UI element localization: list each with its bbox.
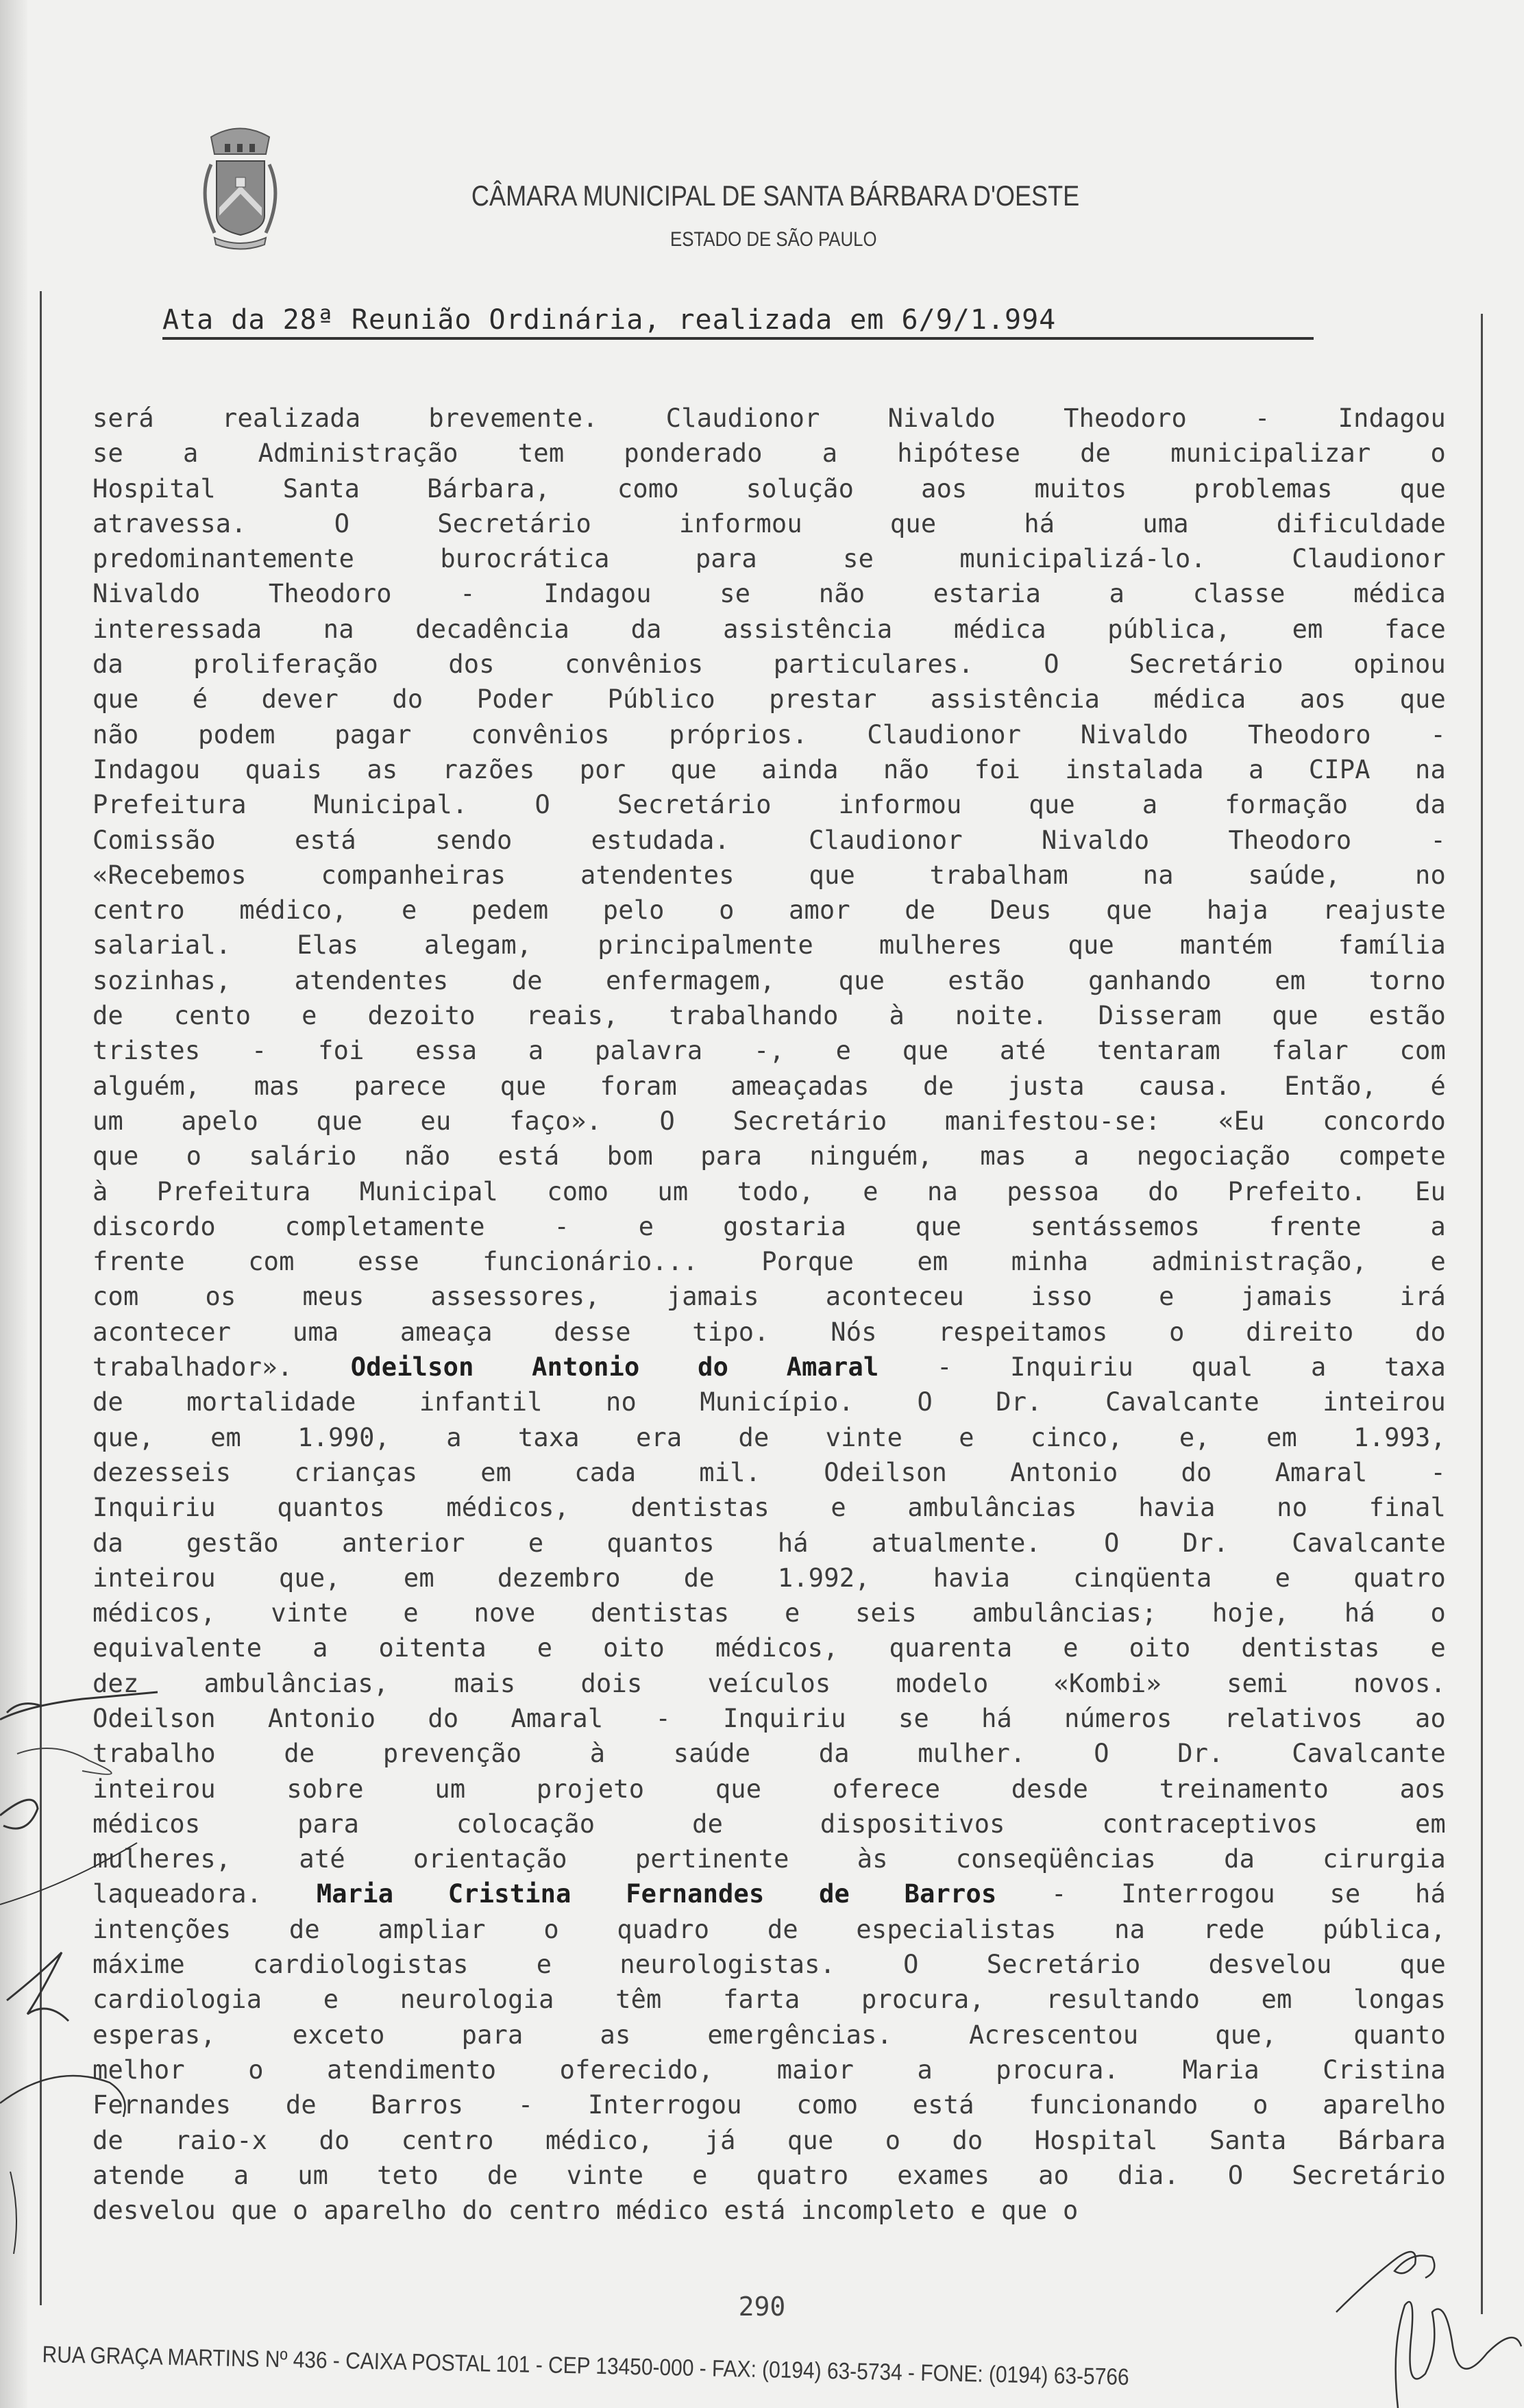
footer-address: RUA GRAÇA MARTINS Nº 436 - CAIXA POSTAL … xyxy=(42,2342,1129,2391)
minutes-line: tristes - foi essa a palavra -, e que at… xyxy=(93,1033,1446,1068)
minutes-line: dezesseis crianças em cada mil. Odeilson… xyxy=(93,1455,1446,1490)
minutes-line: será realizada brevemente. Claudionor Ni… xyxy=(93,401,1446,436)
minutes-line: Comissão está sendo estudada. Claudionor… xyxy=(93,823,1446,858)
minutes-line: se a Administração tem ponderado a hipót… xyxy=(93,436,1446,471)
minutes-line: intenções de ampliar o quadro de especia… xyxy=(93,1912,1446,1947)
minutes-line: Odeilson Antonio do Amaral - Inquiriu se… xyxy=(93,1701,1446,1736)
minutes-line: Fernandes de Barros - Interrogou como es… xyxy=(93,2087,1446,2122)
minutes-line: um apelo que eu faço». O Secretário mani… xyxy=(93,1104,1446,1139)
minutes-line: médicos, vinte e nove dentistas e seis a… xyxy=(93,1596,1446,1630)
minutes-line: à Prefeitura Municipal como um todo, e n… xyxy=(93,1174,1446,1209)
minutes-line: interessada na decadência da assistência… xyxy=(93,612,1446,647)
institution-name: CÂMARA MUNICIPAL DE SANTA BÁRBARA D'OEST… xyxy=(120,179,1431,212)
minutes-line: que, em 1.990, a taxa era de vinte e cin… xyxy=(93,1420,1446,1455)
minutes-line: acontecer uma ameaça desse tipo. Nós res… xyxy=(93,1315,1446,1350)
minutes-line: centro médico, e pedem pelo o amor de De… xyxy=(93,893,1446,928)
minutes-line: dez ambulâncias, mais dois veículos mode… xyxy=(93,1666,1446,1701)
document-title: Ata da 28ª Reunião Ordinária, realizada … xyxy=(162,304,1314,340)
minutes-line: trabalhador». Odeilson Antonio do Amaral… xyxy=(93,1350,1446,1385)
minutes-line: laqueadora. Maria Cristina Fernandes de … xyxy=(93,1876,1446,1911)
minutes-line: discordo completamente - e gostaria que … xyxy=(93,1209,1446,1244)
minutes-line: atravessa. O Secretário informou que há … xyxy=(93,506,1446,541)
minutes-line: com os meus assessores, jamais aconteceu… xyxy=(93,1279,1446,1314)
minutes-line: esperas, exceto para as emergências. Acr… xyxy=(93,2018,1446,2052)
speaker-name: Odeilson Antonio do Amaral xyxy=(351,1352,879,1382)
minutes-line: de raio-x do centro médico, já que o do … xyxy=(93,2123,1446,2158)
minutes-line: de cento e dezoito reais, trabalhando à … xyxy=(93,998,1446,1033)
minutes-line: máxime cardiologistas e neurologistas. O… xyxy=(93,1947,1446,1982)
minutes-line: inteirou sobre um projeto que oferece de… xyxy=(93,1772,1446,1807)
minutes-line: trabalho de prevenção à saúde da mulher.… xyxy=(93,1736,1446,1771)
minutes-line: de mortalidade infantil no Município. O … xyxy=(93,1385,1446,1419)
minutes-line: Nivaldo Theodoro - Indagou se não estari… xyxy=(93,576,1446,611)
minutes-line: médicos para colocação de dispositivos c… xyxy=(93,1807,1446,1841)
minutes-line: não podem pagar convênios próprios. Clau… xyxy=(93,717,1446,752)
minutes-line: Hospital Santa Bárbara, como solução aos… xyxy=(93,471,1446,506)
minutes-line: atende a um teto de vinte e quatro exame… xyxy=(93,2158,1446,2193)
minutes-line: inteirou que, em dezembro de 1.992, havi… xyxy=(93,1561,1446,1596)
right-margin-rule xyxy=(1481,314,1483,2314)
minutes-line: mulheres, até orientação pertinente às c… xyxy=(93,1841,1446,1876)
minutes-line: Inquiriu quantos médicos, dentistas e am… xyxy=(93,1490,1446,1525)
minutes-line: cardiologia e neurologia têm farta procu… xyxy=(93,1982,1446,2017)
minutes-line: Prefeitura Municipal. O Secretário infor… xyxy=(93,787,1446,822)
minutes-line: da gestão anterior e quantos há atualmen… xyxy=(93,1526,1446,1561)
minutes-line: frente com esse funcionário... Porque em… xyxy=(93,1244,1446,1279)
minutes-line: predominantemente burocrática para se mu… xyxy=(93,541,1446,576)
minutes-line: alguém, mas parece que foram ameaçadas d… xyxy=(93,1069,1446,1104)
minutes-line: equivalente a oitenta e oito médicos, qu… xyxy=(93,1630,1446,1665)
state-name: ESTADO DE SÃO PAULO xyxy=(118,228,1429,251)
speaker-name: Maria Cristina Fernandes de Barros xyxy=(317,1879,997,1909)
minutes-line: Indagou quais as razões por que ainda nã… xyxy=(93,752,1446,787)
minutes-line: que o salário não está bom para ninguém,… xyxy=(93,1139,1446,1174)
minutes-line: melhor o atendimento oferecido, maior a … xyxy=(93,2052,1446,2087)
minutes-line: da proliferação dos convênios particular… xyxy=(93,647,1446,682)
left-margin-rule xyxy=(40,291,42,2305)
minutes-line: desvelou que o aparelho do centro médico… xyxy=(93,2193,1446,2228)
minutes-line: que é dever do Poder Público prestar ass… xyxy=(93,682,1446,717)
page-edge-shadow xyxy=(0,0,27,2408)
minutes-line: sozinhas, atendentes de enfermagem, que … xyxy=(93,963,1446,998)
minutes-line: salarial. Elas alegam, principalmente mu… xyxy=(93,928,1446,963)
page-number: 290 xyxy=(0,2292,1524,2322)
minutes-body: será realizada brevemente. Claudionor Ni… xyxy=(93,401,1446,2228)
minutes-line: «Recebemos companheiras atendentes que t… xyxy=(93,858,1446,893)
